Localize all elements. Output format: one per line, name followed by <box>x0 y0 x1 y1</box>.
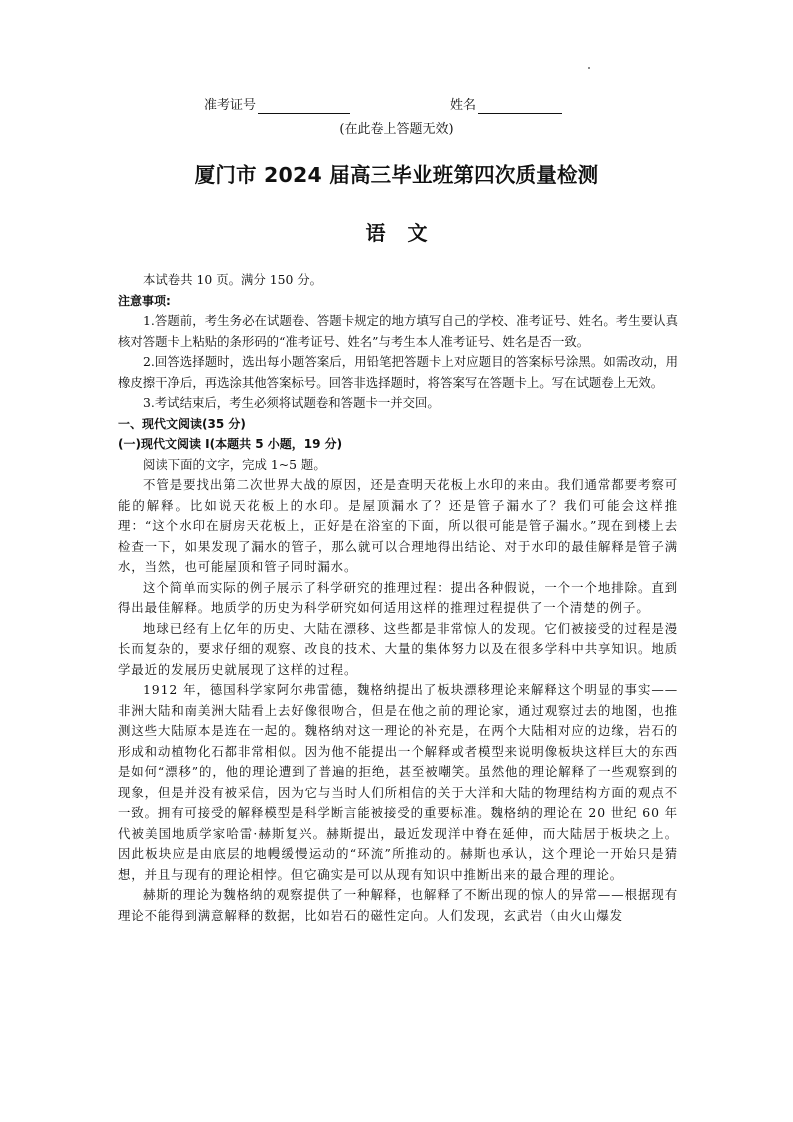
exam-title: 厦门市 2024 届高三毕业班第四次质量检测 <box>0 158 793 188</box>
passage-paragraph-4: 1912 年，德国科学家阿尔弗雷德，魏格纳提出了板块漂移理论来解释这个明显的事实… <box>118 680 678 885</box>
passage-paragraph-5: 赫斯的理论为魏格纳的观察提供了一种解释，也解释了不断出现的惊人的异常——根据现有… <box>118 885 678 926</box>
section-heading: 一、现代文阅读(35 分) <box>118 414 678 435</box>
notice-item-3: 3.考试结束后，考生必须将试题卷和答题卡一并交回。 <box>118 393 678 414</box>
name-blank-line[interactable] <box>478 100 562 114</box>
exam-id-label: 准考证号 <box>204 98 256 114</box>
notice-item-1: 1.答题前，考生务必在试题卷、答题卡规定的地方填写自己的学校、准考证号、姓名。考… <box>118 311 678 352</box>
reading-instruction: 阅读下面的文字，完成 1~5 题。 <box>118 455 678 476</box>
section-subheading: (一)现代文阅读 I(本题共 5 小题，19 分) <box>118 434 678 455</box>
passage-paragraph-2: 这个简单而实际的例子展示了科学研究的推理过程：提出各种假说，一个一个地排除。直到… <box>118 578 678 619</box>
name-field[interactable]: 姓名 <box>450 98 562 114</box>
passage-paragraph-1: 不管是要找出第二次世界大战的原因，还是查明天花板上水印的来由。我们通常都要考察可… <box>118 475 678 578</box>
invalid-note-text: (在此卷上答题无效) <box>339 122 453 137</box>
exam-id-blank-line[interactable] <box>258 100 350 114</box>
subject-title: 语文 <box>0 217 793 246</box>
invalid-answer-note: (在此卷上答题无效) <box>0 118 793 137</box>
exam-id-field[interactable]: 准考证号 <box>204 98 350 114</box>
subject-text: 语文 <box>344 221 450 245</box>
notice-heading: 注意事项: <box>118 291 678 312</box>
intro-text: 本试卷共 10 页。满分 150 分。 <box>118 270 678 291</box>
notice-item-2: 2.回答选择题时，选出每小题答案后，用铅笔把答题卡上对应题目的答案标号涂黑。如需… <box>118 352 678 393</box>
name-label: 姓名 <box>450 98 476 114</box>
passage-paragraph-3: 地球已经有上亿年的历史、大陆在漂移、这些都是非常惊人的发现。它们被接受的过程是漫… <box>118 619 678 681</box>
candidate-info-row: 准考证号 姓名 <box>0 98 793 118</box>
document-body: 本试卷共 10 页。满分 150 分。 注意事项: 1.答题前，考生务必在试题卷… <box>118 270 678 926</box>
scan-speck <box>588 67 590 69</box>
